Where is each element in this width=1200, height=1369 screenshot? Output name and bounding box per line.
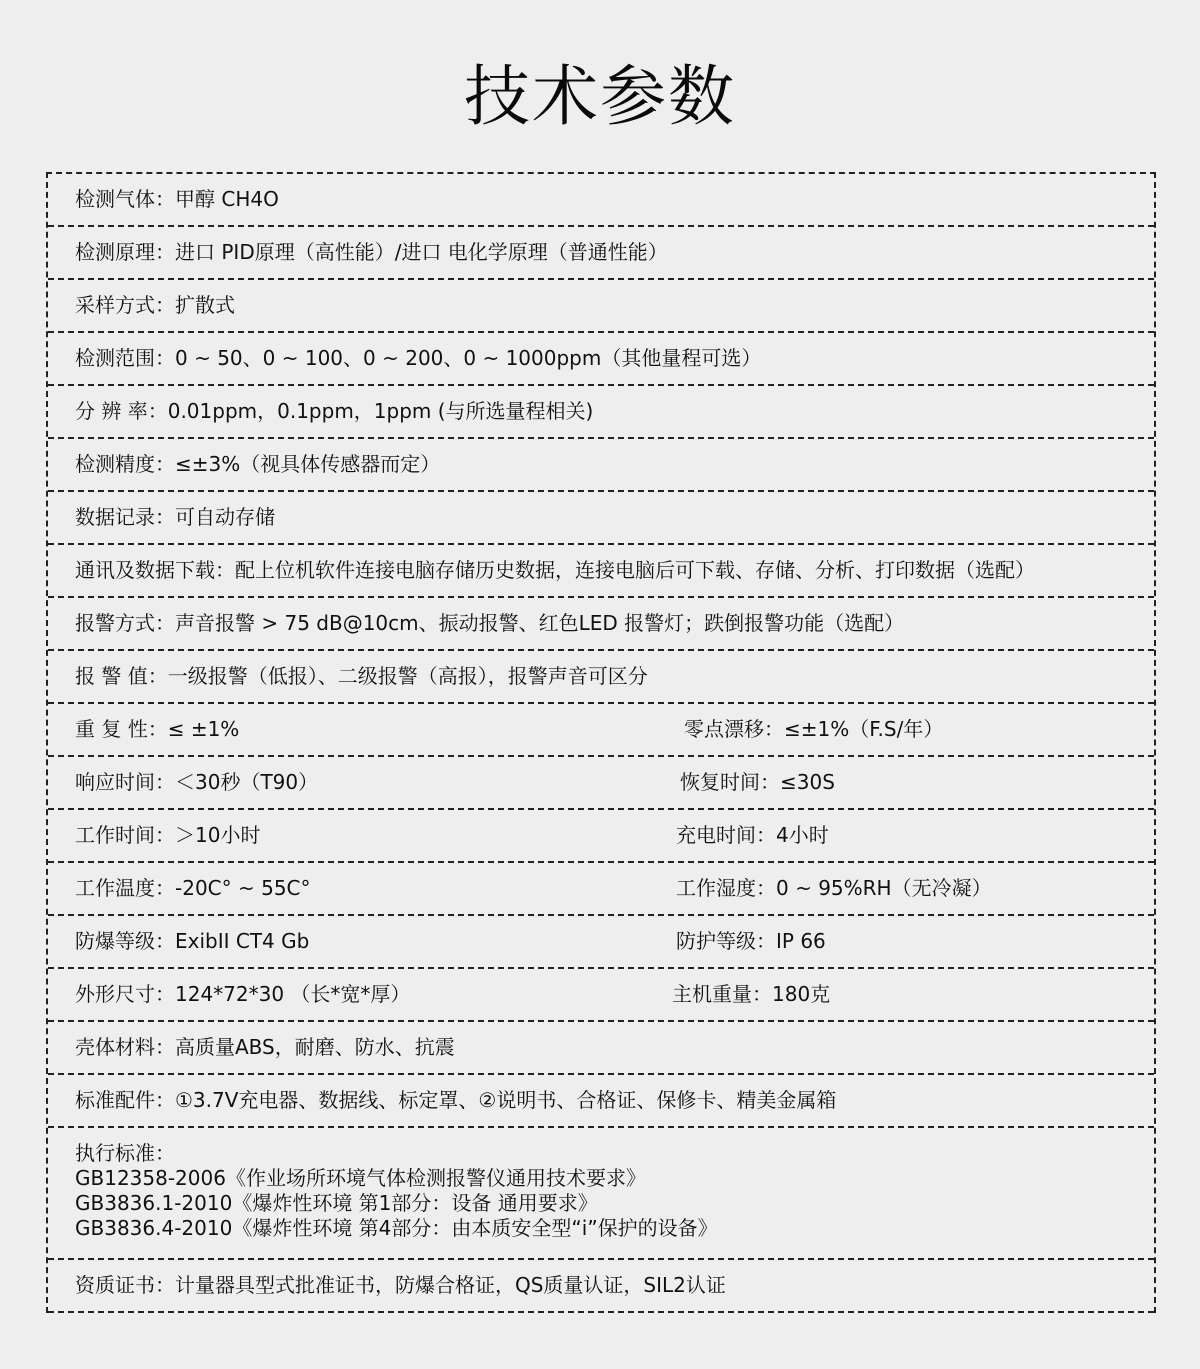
spec-principle: 检测原理：进口 PID原理（高性能）/进口 电化学原理（普通性能） <box>75 227 668 278</box>
spec-zero-drift: 零点漂移：≤±1%（F.S/年） <box>684 704 943 755</box>
spec-ingress-protection: 防护等级：IP 66 <box>676 916 826 967</box>
spec-row-dimensions: 外形尺寸：124*72*30 （长*宽*厚） 主机重量：180克 <box>48 969 1154 1022</box>
spec-row-accuracy: 检测精度：≤±3%（视具体传感器而定） <box>48 439 1154 492</box>
spec-range: 检测范围：0 ~ 50、0 ~ 100、0 ~ 200、0 ~ 1000ppm（… <box>75 333 761 384</box>
spec-row-communication: 通讯及数据下载：配上位机软件连接电脑存储历史数据，连接电脑后可下载、存储、分析、… <box>48 545 1154 598</box>
spec-accessories: 标准配件：①3.7V充电器、数据线、标定罩、②说明书、合格证、保修卡、精美金属箱 <box>75 1075 836 1126</box>
spec-explosion-proof: 防爆等级：ExibII CT4 Gb <box>75 916 309 967</box>
spec-housing: 壳体材料：高质量ABS，耐磨、防水、抗震 <box>75 1022 455 1073</box>
spec-row-sampling: 采样方式：扩散式 <box>48 280 1154 333</box>
spec-row-principle: 检测原理：进口 PID原理（高性能）/进口 电化学原理（普通性能） <box>48 227 1154 280</box>
spec-recovery-time: 恢复时间：≤30S <box>680 757 835 808</box>
standard-gb3836-1: GB3836.1-2010《爆炸性环境 第1部分：设备 通用要求》 <box>75 1191 718 1216</box>
spec-standards: 执行标准： GB12358-2006《作业场所环境气体检测报警仪通用技术要求》 … <box>75 1141 718 1241</box>
spec-resolution: 分 辨 率：0.01ppm，0.1ppm，1ppm (与所选量程相关) <box>75 386 593 437</box>
spec-row-alarm-value: 报 警 值：一级报警（低报）、二级报警（高报），报警声音可区分 <box>48 651 1154 704</box>
spec-data-logging: 数据记录：可自动存储 <box>75 492 275 543</box>
spec-row-resolution: 分 辨 率：0.01ppm，0.1ppm，1ppm (与所选量程相关) <box>48 386 1154 439</box>
spec-communication: 通讯及数据下载：配上位机软件连接电脑存储历史数据，连接电脑后可下载、存储、分析、… <box>75 545 1035 596</box>
spec-row-range: 检测范围：0 ~ 50、0 ~ 100、0 ~ 200、0 ~ 1000ppm（… <box>48 333 1154 386</box>
spec-row-gas: 检测气体：甲醇 CH4O <box>48 174 1154 227</box>
spec-table: 检测气体：甲醇 CH4O 检测原理：进口 PID原理（高性能）/进口 电化学原理… <box>46 172 1156 1313</box>
standard-gb12358: GB12358-2006《作业场所环境气体检测报警仪通用技术要求》 <box>75 1166 718 1191</box>
spec-accuracy: 检测精度：≤±3%（视具体传感器而定） <box>75 439 440 490</box>
spec-humidity: 工作湿度：0 ~ 95%RH（无冷凝） <box>676 863 992 914</box>
spec-row-certificates: 资质证书：计量器具型式批准证书，防爆合格证，QS质量认证，SIL2认证 <box>48 1260 1154 1313</box>
standards-label: 执行标准： <box>75 1141 718 1166</box>
page-title: 技术参数 <box>0 52 1200 142</box>
spec-alarm-mode: 报警方式：声音报警 > 75 dB@10cm、振动报警、红色LED 报警灯；跌倒… <box>75 598 904 649</box>
spec-row-working-time: 工作时间：＞10小时 充电时间：4小时 <box>48 810 1154 863</box>
spec-response-time: 响应时间：＜30秒（T90） <box>75 757 318 808</box>
spec-row-response-time: 响应时间：＜30秒（T90） 恢复时间：≤30S <box>48 757 1154 810</box>
spec-gas: 检测气体：甲醇 CH4O <box>75 174 279 225</box>
spec-row-explosion-proof: 防爆等级：ExibII CT4 Gb 防护等级：IP 66 <box>48 916 1154 969</box>
spec-repeatability: 重 复 性：≤ ±1% <box>75 704 239 755</box>
spec-row-accessories: 标准配件：①3.7V充电器、数据线、标定罩、②说明书、合格证、保修卡、精美金属箱 <box>48 1075 1154 1128</box>
spec-certificates: 资质证书：计量器具型式批准证书，防爆合格证，QS质量认证，SIL2认证 <box>75 1260 726 1311</box>
spec-row-temperature: 工作温度：-20C° ~ 55C° 工作湿度：0 ~ 95%RH（无冷凝） <box>48 863 1154 916</box>
spec-alarm-value: 报 警 值：一级报警（低报）、二级报警（高报），报警声音可区分 <box>75 651 648 702</box>
spec-row-housing: 壳体材料：高质量ABS，耐磨、防水、抗震 <box>48 1022 1154 1075</box>
spec-row-standards: 执行标准： GB12358-2006《作业场所环境气体检测报警仪通用技术要求》 … <box>48 1128 1154 1260</box>
spec-weight: 主机重量：180克 <box>672 969 830 1020</box>
spec-row-alarm-mode: 报警方式：声音报警 > 75 dB@10cm、振动报警、红色LED 报警灯；跌倒… <box>48 598 1154 651</box>
standard-gb3836-4: GB3836.4-2010《爆炸性环境 第4部分：由本质安全型“i”保护的设备》 <box>75 1216 718 1241</box>
spec-sampling: 采样方式：扩散式 <box>75 280 235 331</box>
spec-charging-time: 充电时间：4小时 <box>676 810 829 861</box>
spec-dimensions: 外形尺寸：124*72*30 （长*宽*厚） <box>75 969 410 1020</box>
spec-row-repeatability: 重 复 性：≤ ±1% 零点漂移：≤±1%（F.S/年） <box>48 704 1154 757</box>
spec-temperature: 工作温度：-20C° ~ 55C° <box>75 863 311 914</box>
spec-row-data-logging: 数据记录：可自动存储 <box>48 492 1154 545</box>
spec-working-time: 工作时间：＞10小时 <box>75 810 260 861</box>
